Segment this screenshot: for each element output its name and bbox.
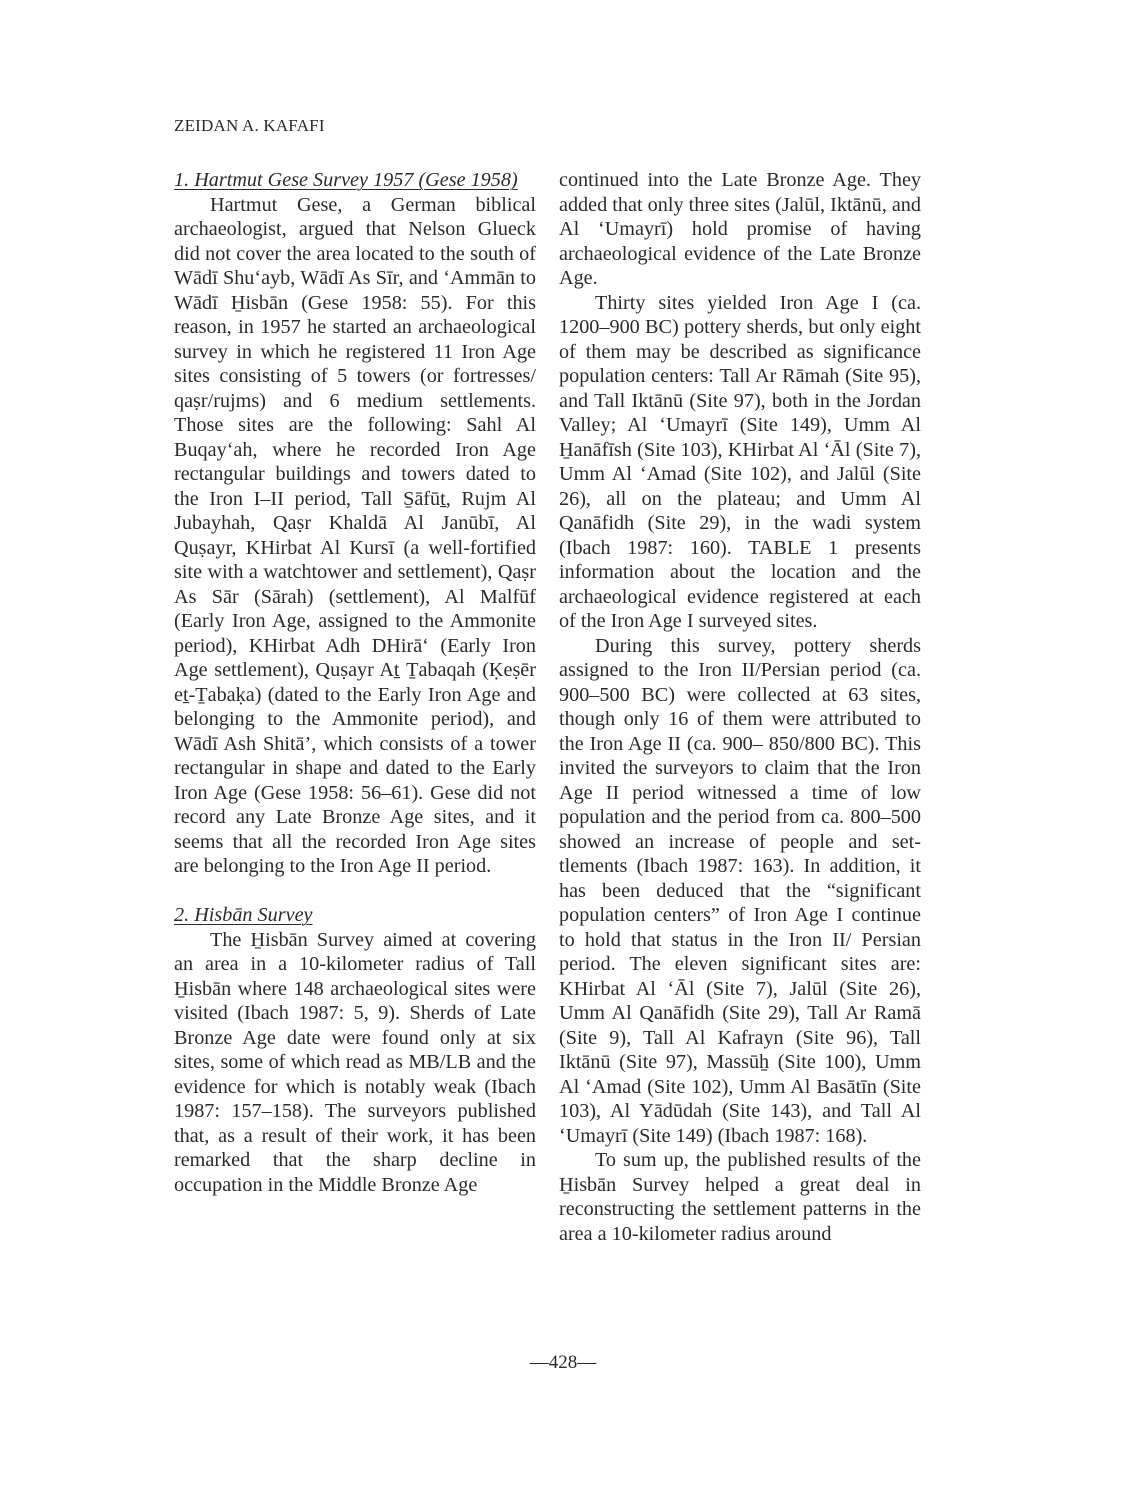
section-heading-gese-survey: 1. Hartmut Gese Survey 1957 (Gese 1958) bbox=[174, 168, 536, 193]
right-column: continued into the Late Bronze Age. They… bbox=[559, 168, 921, 1246]
section-spacer bbox=[174, 879, 536, 904]
paragraph-continued-late-bronze: continued into the Late Bronze Age. They… bbox=[559, 168, 921, 291]
paragraph-iron-age-i: Thirty sites yielded Iron Age I (ca. 120… bbox=[559, 291, 921, 634]
paragraph-gese-survey: Hartmut Gese, a German bibli­cal archaeo… bbox=[174, 193, 536, 879]
paragraph-hisban-survey-intro: The H̱isbān Survey aimed at cov­ering an… bbox=[174, 928, 536, 1198]
running-head-author: ZEIDAN A. KAFAFI bbox=[174, 116, 325, 136]
page-number: —428— bbox=[0, 1352, 1126, 1374]
section-heading-hisban-survey: 2. Hisbān Survey bbox=[174, 903, 536, 928]
paragraph-summary: To sum up, the published results of the … bbox=[559, 1148, 921, 1246]
left-column: 1. Hartmut Gese Survey 1957 (Gese 1958) … bbox=[174, 168, 536, 1197]
paragraph-iron-ii-persian: During this survey, pottery sherds assig… bbox=[559, 634, 921, 1149]
